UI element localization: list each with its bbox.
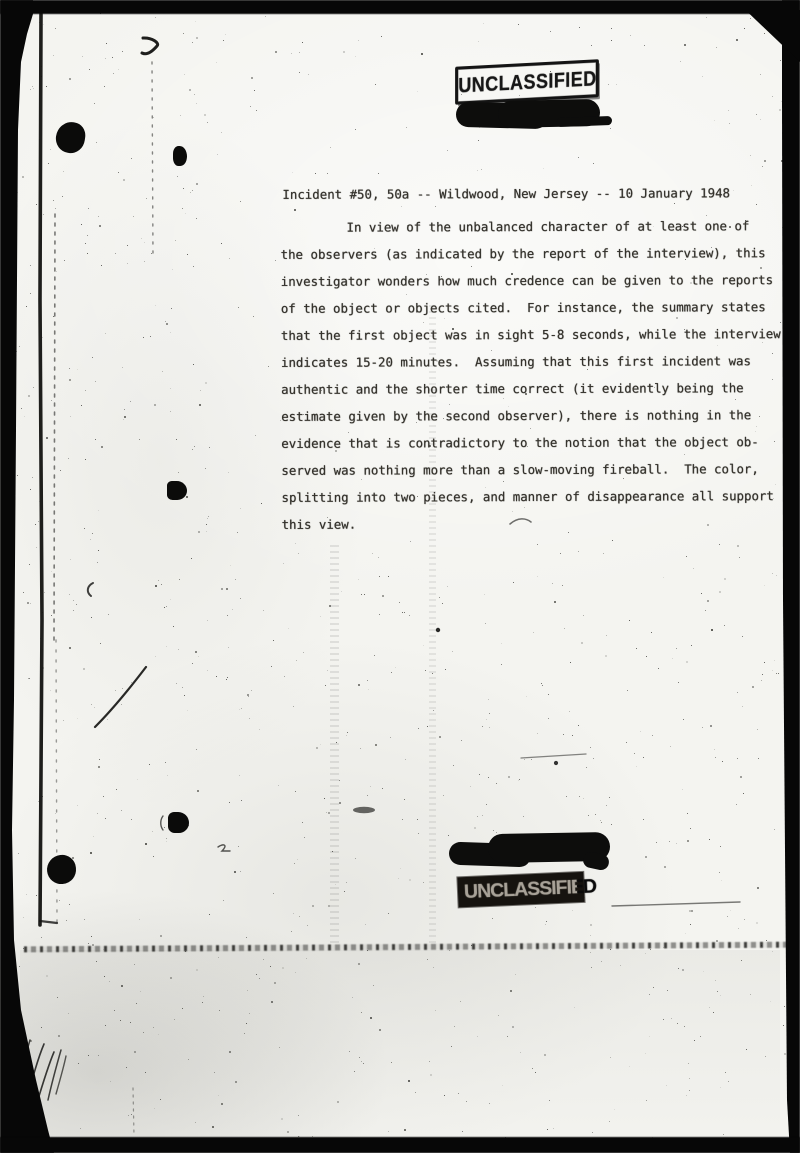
small-pen-mark [218, 845, 230, 851]
paren-pen-mark [161, 816, 163, 830]
ink-blot [167, 481, 187, 500]
scan-shadow-area [20, 950, 780, 1138]
typewritten-line: In view of the unbalanced character of a… [280, 212, 780, 241]
dotted-streak [54, 214, 55, 640]
unclassified-stamp-bottom: UNCLASSIFIED UNCLASSIFIED [457, 871, 613, 910]
typewritten-line: served was nothing more than a slow-movi… [281, 455, 781, 484]
typewritten-line: investigator wonders how much credence c… [281, 266, 781, 295]
unclassified-stamp-top: UNCLASSIFIED [455, 59, 599, 105]
typewritten-line: authentic and the shorter time correct (… [281, 374, 781, 403]
unclassified-stamp-top-label: UNCLASSIFIED [458, 66, 596, 98]
ink-dot [554, 761, 558, 765]
typewritten-line: indicates 15-20 minutes. Assuming that t… [281, 347, 781, 376]
typewritten-line: estimate given by the second observer), … [281, 401, 781, 430]
bracket-pen-mark [88, 583, 93, 596]
margin-line-foot [40, 921, 57, 923]
scan-border-top [0, 0, 800, 14]
incident-title-line: Incident #50, 50a -- Wildwood, New Jerse… [282, 185, 780, 202]
ink-blot [173, 146, 187, 166]
typewritten-line: this view. [282, 509, 782, 538]
typewritten-line: splitting into two pieces, and manner of… [281, 482, 781, 511]
typewritten-line: evidence that is contradictory to the no… [281, 428, 781, 457]
ink-dot [436, 628, 440, 632]
check-pen-mark [142, 38, 158, 54]
typewritten-line: that the first object was in sight 5-8 s… [281, 320, 781, 349]
typewritten-text-block: Incident #50, 50a -- Wildwood, New Jerse… [280, 185, 781, 538]
text-smudge [353, 807, 375, 813]
ink-blot [168, 812, 189, 833]
margin-vertical-line [40, 14, 42, 925]
diagonal-slash-mark [95, 667, 146, 727]
typewritten-line: of the object or objects cited. For inst… [281, 293, 781, 322]
typewritten-line: the observers (as indicated by the repor… [281, 239, 781, 268]
scanned-document-page: Incident #50, 50a -- Wildwood, New Jerse… [0, 0, 800, 1153]
dotted-streak [152, 62, 153, 258]
scan-border-bottom [0, 1137, 800, 1153]
faint-line [521, 754, 586, 758]
faint-line [612, 902, 740, 906]
